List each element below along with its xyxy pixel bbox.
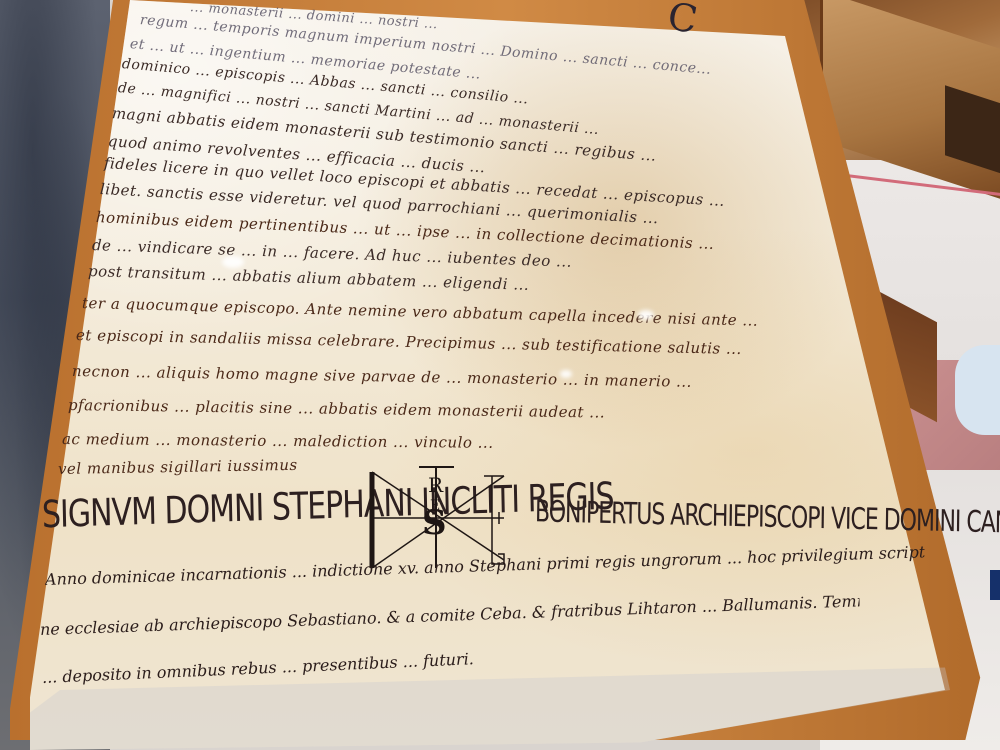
parchment-sheet: [0, 0, 1000, 750]
photo-scene: C ... monasterii ... domini ... nostri .…: [0, 0, 1000, 750]
wooden-frame: [0, 0, 1000, 750]
